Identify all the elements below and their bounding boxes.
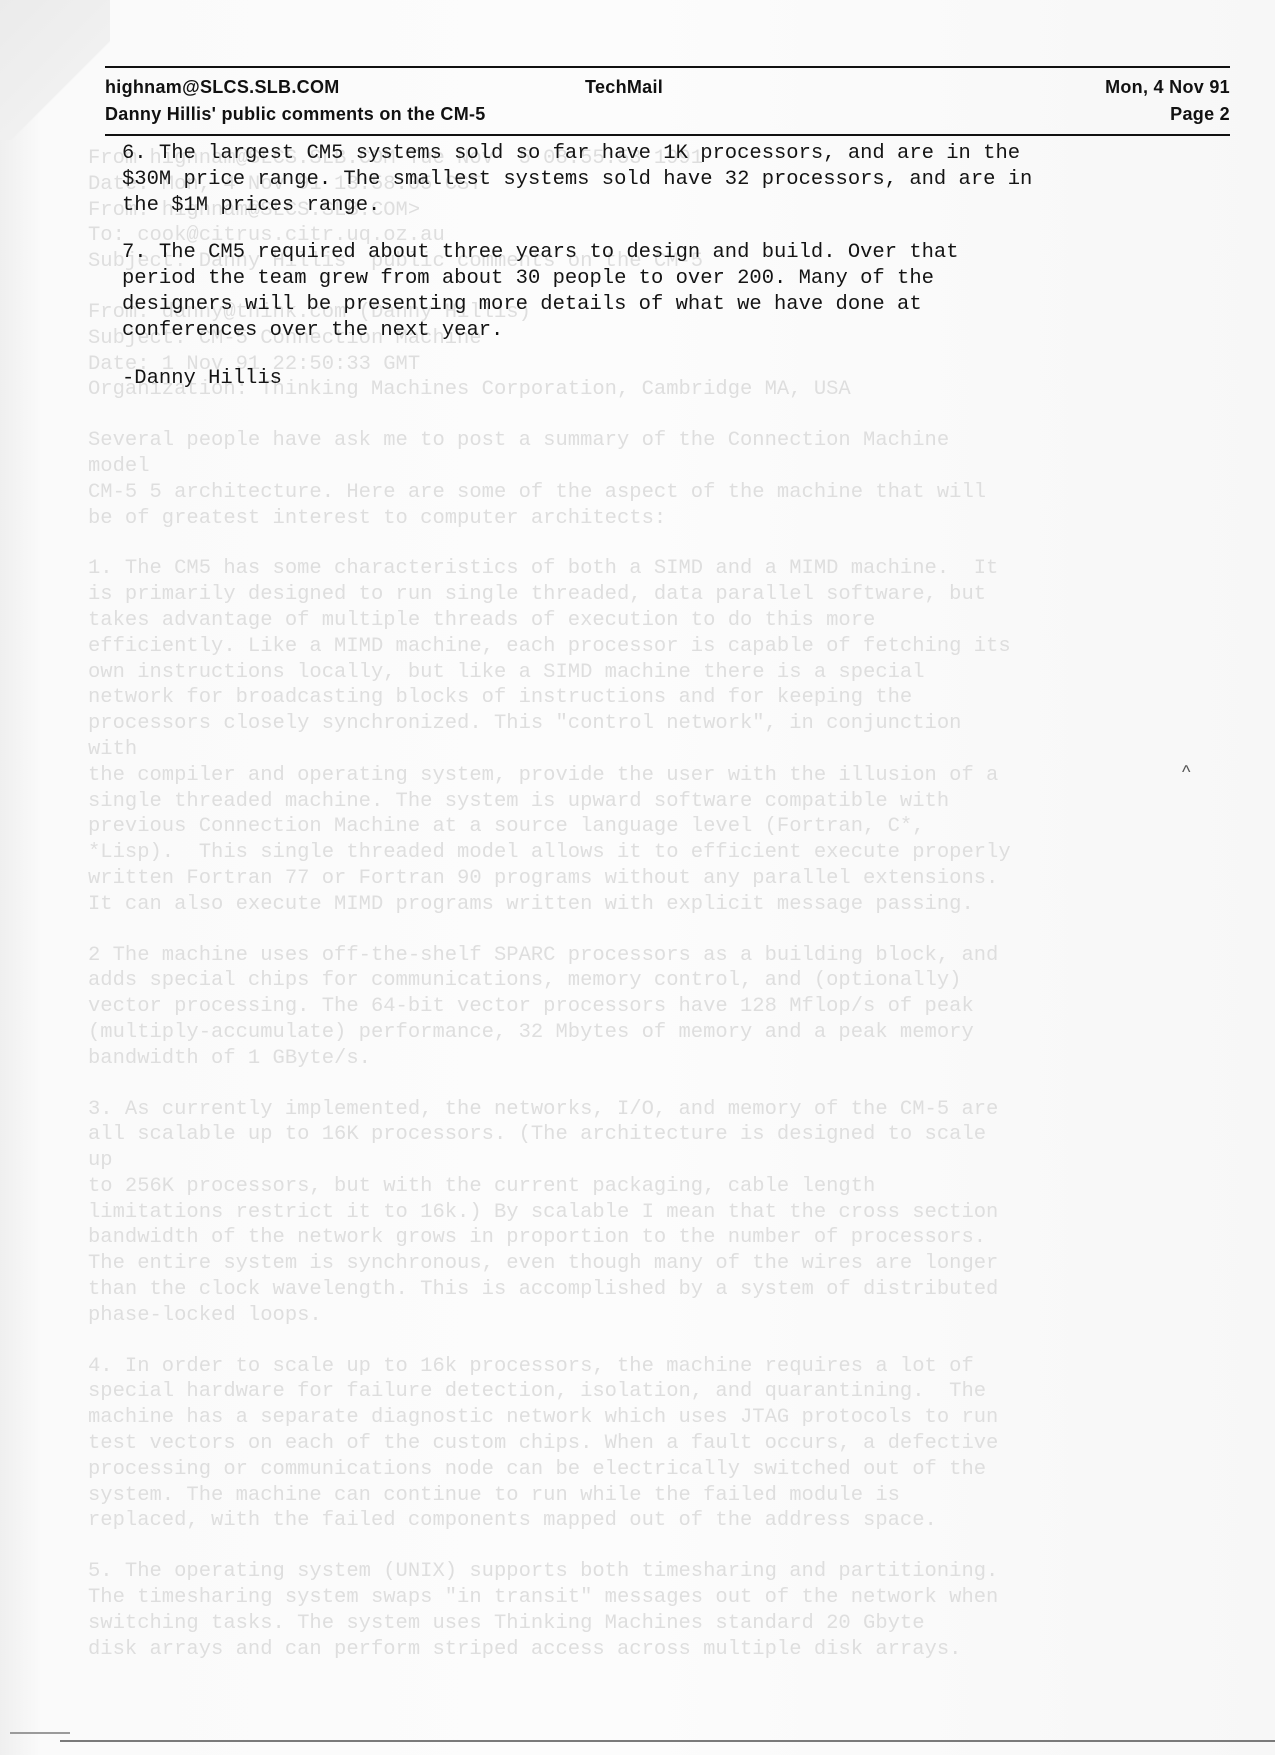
bleed-through-line: than the clock wavelength. This is accom… xyxy=(88,1277,1208,1303)
bleed-through-line: The entire system is synchronous, even t… xyxy=(88,1251,1208,1277)
bleed-through-line: takes advantage of multiple threads of e… xyxy=(88,608,1208,634)
bleed-through-line: system. The machine can continue to run … xyxy=(88,1483,1208,1509)
bleed-through-line: switching tasks. The system uses Thinkin… xyxy=(88,1611,1208,1637)
bleed-through-line: It can also execute MIMD programs writte… xyxy=(88,892,1208,918)
bleed-through-line: disk arrays and can perform striped acce… xyxy=(88,1637,1208,1663)
bleed-through-line: processors closely synchronized. This "c… xyxy=(88,711,1208,737)
bleed-through-line: model xyxy=(88,454,1208,480)
bleed-through-line: is primarily designed to run single thre… xyxy=(88,582,1208,608)
bleed-through-line: written Fortran 77 or Fortran 90 program… xyxy=(88,866,1208,892)
bleed-through-line: own instructions locally, but like a SIM… xyxy=(88,660,1208,686)
bleed-through-line: up xyxy=(88,1148,1208,1174)
bleed-through-block: Several people have ask me to post a sum… xyxy=(88,428,1208,531)
bleed-through-line: all scalable up to 16K processors. (The … xyxy=(88,1122,1208,1148)
header-bottom-rule xyxy=(105,134,1230,136)
bleed-through-line: with xyxy=(88,737,1208,763)
bleed-through-line: 4. In order to scale up to 16k processor… xyxy=(88,1354,1208,1380)
bleed-through-line: vector processing. The 64-bit vector pro… xyxy=(88,994,1208,1020)
page-number: Page 2 xyxy=(1170,104,1230,125)
page-header: highnam@SLCS.SLB.COM TechMail Mon, 4 Nov… xyxy=(105,66,1230,136)
folded-corner xyxy=(0,0,110,140)
bleed-through-line: 5. The operating system (UNIX) supports … xyxy=(88,1559,1208,1585)
bleed-through-line: limitations restrict it to 16k.) By scal… xyxy=(88,1200,1208,1226)
page-edge xyxy=(10,1732,70,1734)
bleed-through-line: to 256K processors, but with the current… xyxy=(88,1174,1208,1200)
bleed-through-line: be of greatest interest to computer arch… xyxy=(88,506,1208,532)
bleed-through-line: The timesharing system swaps "in transit… xyxy=(88,1585,1208,1611)
caret-mark-icon: ^ xyxy=(1182,762,1190,783)
bleed-through-line: processing or communications node can be… xyxy=(88,1457,1208,1483)
bleed-through-line: 3. As currently implemented, the network… xyxy=(88,1097,1208,1123)
page-bottom-edge xyxy=(60,1740,1275,1742)
bleed-through-line: machine has a separate diagnostic networ… xyxy=(88,1405,1208,1431)
bleed-through-line: network for broadcasting blocks of instr… xyxy=(88,685,1208,711)
bleed-through-line: adds special chips for communications, m… xyxy=(88,968,1208,994)
sender-address: highnam@SLCS.SLB.COM xyxy=(105,77,340,98)
bleed-through-line: 1. The CM5 has some characteristics of b… xyxy=(88,556,1208,582)
bleed-through-block: 1. The CM5 has some characteristics of b… xyxy=(88,556,1208,917)
bleed-through-block: 3. As currently implemented, the network… xyxy=(88,1097,1208,1329)
bleed-through-line: 2 The machine uses off-the-shelf SPARC p… xyxy=(88,943,1208,969)
paragraph-7: 7. The CM5 required about three years to… xyxy=(122,240,1232,343)
bleed-through-block: 4. In order to scale up to 16k processor… xyxy=(88,1354,1208,1535)
message-body: 6. The largest CM5 systems sold so far h… xyxy=(122,141,1232,413)
bleed-through-line: Several people have ask me to post a sum… xyxy=(88,428,1208,454)
bleed-through-line: phase-locked loops. xyxy=(88,1303,1208,1329)
header-top-rule xyxy=(105,66,1230,68)
signature: -Danny Hillis xyxy=(122,366,1232,392)
bleed-through-line: CM-5 5 architecture. Here are some of th… xyxy=(88,480,1208,506)
bleed-through-line: replaced, with the failed components map… xyxy=(88,1508,1208,1534)
bleed-through-line: the compiler and operating system, provi… xyxy=(88,763,1208,789)
bleed-through-line: (multiply-accumulate) performance, 32 Mb… xyxy=(88,1020,1208,1046)
bleed-through-block: 2 The machine uses off-the-shelf SPARC p… xyxy=(88,943,1208,1072)
message-subject: Danny Hillis' public comments on the CM-… xyxy=(105,104,486,125)
bleed-through-line: test vectors on each of the custom chips… xyxy=(88,1431,1208,1457)
header-row-2: Danny Hillis' public comments on the CM-… xyxy=(105,100,1230,128)
message-date: Mon, 4 Nov 91 xyxy=(1105,77,1230,98)
bleed-through-line: bandwidth of 1 GByte/s. xyxy=(88,1046,1208,1072)
bleed-through-line: special hardware for failure detection, … xyxy=(88,1379,1208,1405)
header-row-1: highnam@SLCS.SLB.COM TechMail Mon, 4 Nov… xyxy=(105,74,1230,100)
bleed-through-line: *Lisp). This single threaded model allow… xyxy=(88,840,1208,866)
paragraph-6: 6. The largest CM5 systems sold so far h… xyxy=(122,141,1232,218)
bleed-through-block: 5. The operating system (UNIX) supports … xyxy=(88,1559,1208,1662)
bleed-through-line: efficiently. Like a MIMD machine, each p… xyxy=(88,634,1208,660)
bleed-through-line: previous Connection Machine at a source … xyxy=(88,814,1208,840)
bleed-through-line: single threaded machine. The system is u… xyxy=(88,789,1208,815)
bleed-through-line: bandwidth of the network grows in propor… xyxy=(88,1225,1208,1251)
app-name: TechMail xyxy=(585,77,663,98)
